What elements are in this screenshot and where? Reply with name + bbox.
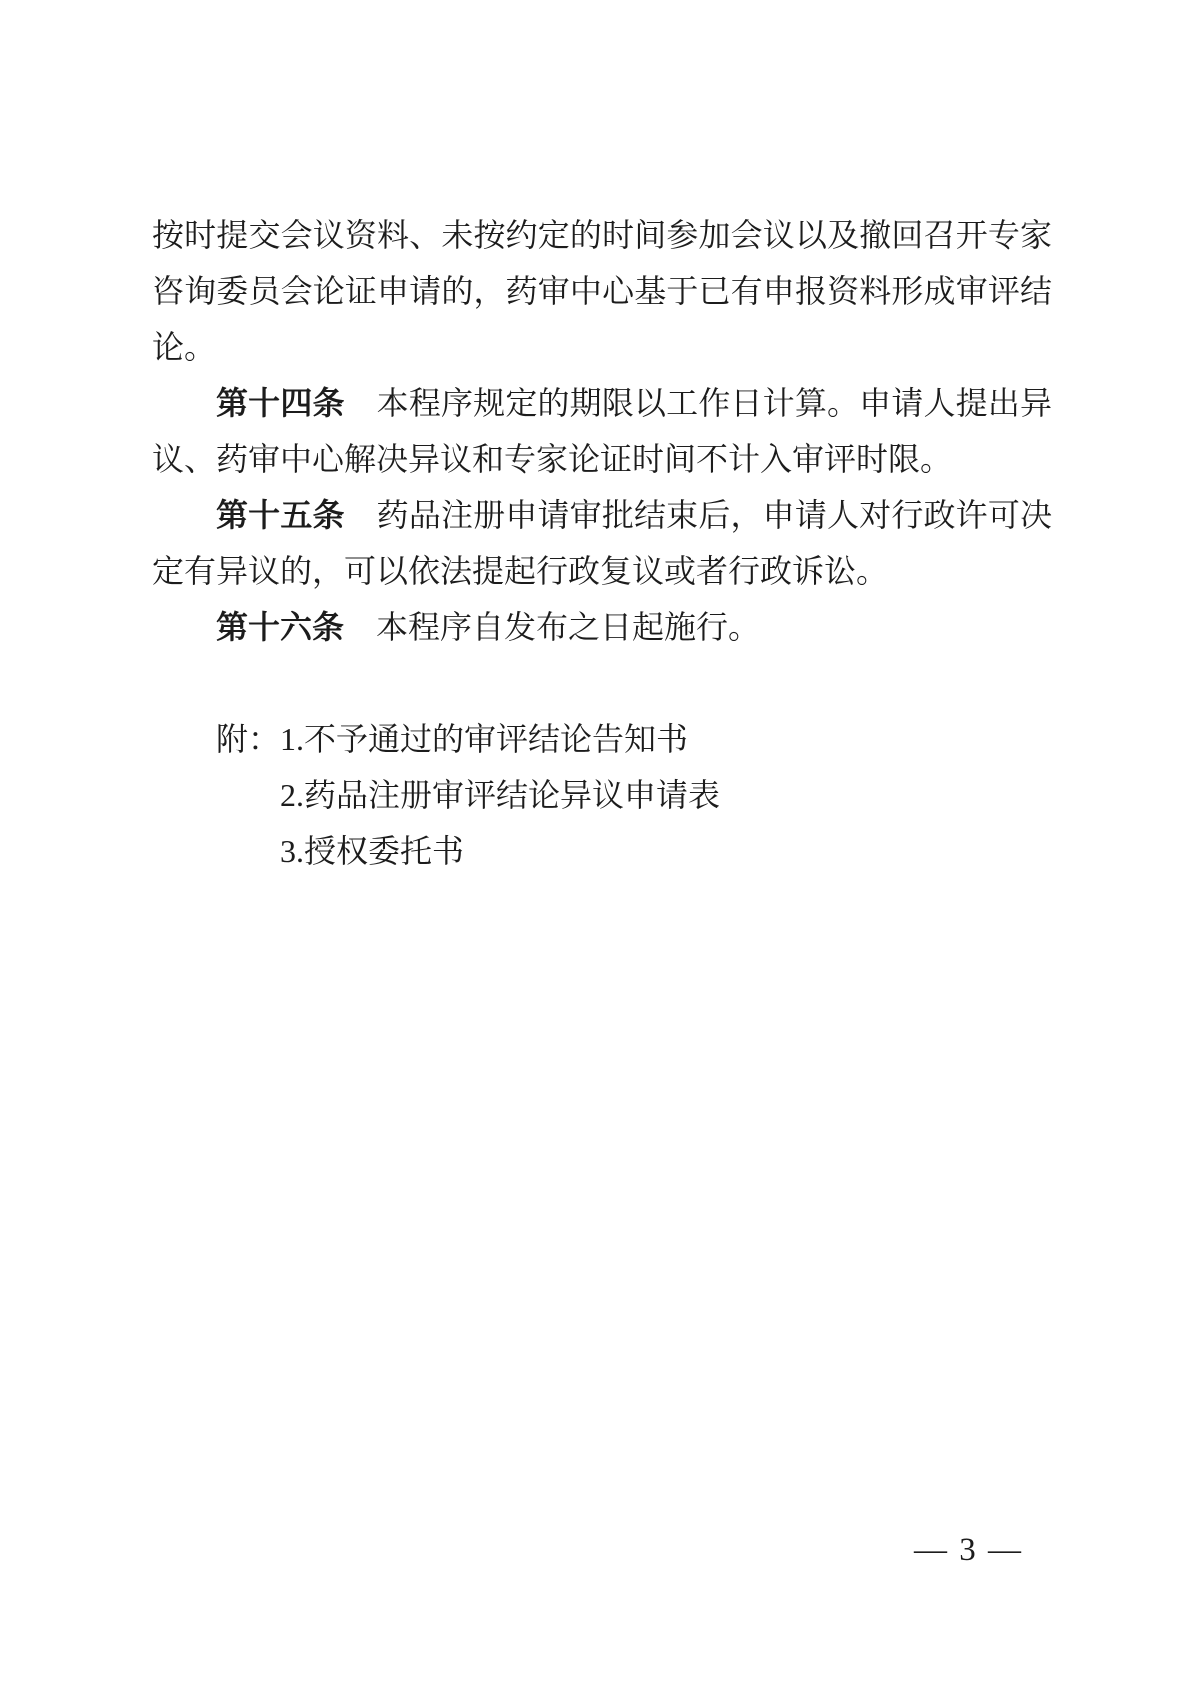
attachment-item-text: 3.授权委托书 [280, 833, 464, 869]
attachment-item-3: 3.授权委托书 [216, 823, 1052, 879]
attachment-item-text: 1.不予通过的审评结论告知书 [280, 721, 688, 757]
article-number-16: 第十六条 [216, 609, 344, 645]
page-number: — 3 — [914, 1530, 1023, 1570]
article-number-14: 第十四条 [216, 385, 345, 421]
paragraph-continuation: 按时提交会议资料、未按约定的时间参加会议以及撤回召开专家咨询委员会论证申请的，药… [152, 207, 1052, 375]
attachments-list: 附：1.不予通过的审评结论告知书 2.药品注册审评结论异议申请表 3.授权委托书 [216, 711, 1052, 879]
document-page: 按时提交会议资料、未按约定的时间参加会议以及撤回召开专家咨询委员会论证申请的，药… [0, 0, 1200, 1697]
attachments-label: 附： [216, 711, 280, 767]
paragraph-article-16: 第十六条本程序自发布之日起施行。 [152, 599, 1052, 655]
attachment-item-text: 2.药品注册审评结论异议申请表 [280, 777, 720, 813]
paragraph-text: 本程序自发布之日起施行。 [376, 609, 760, 645]
article-number-15: 第十五条 [216, 497, 345, 533]
paragraph-article-15: 第十五条药品注册申请审批结束后，申请人对行政许可决定有异议的，可以依法提起行政复… [152, 487, 1052, 599]
attachment-item-2: 2.药品注册审评结论异议申请表 [216, 767, 1052, 823]
document-body: 按时提交会议资料、未按约定的时间参加会议以及撤回召开专家咨询委员会论证申请的，药… [152, 207, 1052, 879]
paragraph-article-14: 第十四条本程序规定的期限以工作日计算。申请人提出异议、药审中心解决异议和专家论证… [152, 375, 1052, 487]
attachment-item-1: 附：1.不予通过的审评结论告知书 [216, 711, 1052, 767]
paragraph-text: 按时提交会议资料、未按约定的时间参加会议以及撤回召开专家咨询委员会论证申请的，药… [152, 217, 1052, 365]
